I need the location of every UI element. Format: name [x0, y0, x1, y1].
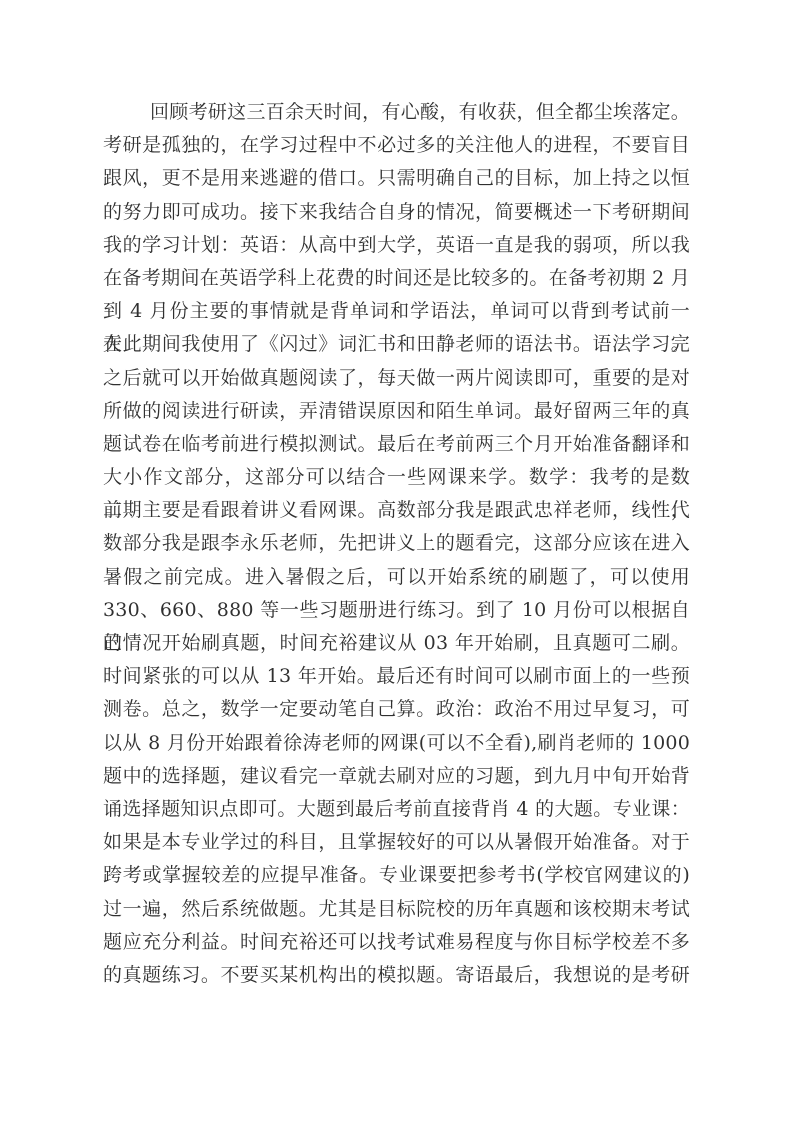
text-line: 时间紧张的可以从 13 年开始。最后还有时间可以刷市面上的一些预: [103, 660, 690, 693]
text-line: 以从 8 月份开始跟着徐涛老师的网课(可以不全看),刷肖老师的 1000: [103, 727, 690, 760]
text-line: 考研是孤独的，在学习过程中不必过多的关注他人的进程，不要盲目: [103, 129, 690, 162]
text-line: 诵选择题知识点即可。大题到最后考前直接背肖 4 的大题。专业课：: [103, 793, 690, 826]
text-line: 在备考期间在英语学科上花费的时间还是比较多的。在备考初期 2 月: [103, 262, 690, 295]
document-page: 回顾考研这三百余天时间，有心酸，有收获，但全都尘埃落定。考研是孤独的，在学习过程…: [0, 0, 793, 1122]
paragraph-text-block: 回顾考研这三百余天时间，有心酸，有收获，但全都尘埃落定。考研是孤独的，在学习过程…: [103, 96, 690, 992]
text-line: 前期主要是看跟着讲义看网课。高数部分我是跟武忠祥老师，线性代: [103, 494, 690, 527]
text-line: 题中的选择题，建议看完一章就去刷对应的习题，到九月中旬开始背: [103, 760, 690, 793]
text-line: 的真题练习。不要买某机构出的模拟题。寄语最后，我想说的是考研: [103, 959, 690, 992]
text-line: 题试卷在临考前进行模拟测试。最后在考前两三个月开始准备翻译和: [103, 428, 690, 461]
text-line: 到 4 月份主要的事情就是背单词和学语法，单词可以背到考试前一天。: [103, 295, 690, 328]
text-line: 我的学习计划：英语：从高中到大学，英语一直是我的弱项，所以我: [103, 229, 690, 262]
text-line: 之后就可以开始做真题阅读了，每天做一两片阅读即可，重要的是对: [103, 362, 690, 395]
text-line: 如果是本专业学过的科目，且掌握较好的可以从暑假开始准备。对于: [103, 826, 690, 859]
text-line: 回顾考研这三百余天时间，有心酸，有收获，但全都尘埃落定。: [103, 96, 690, 129]
text-line: 所做的阅读进行研读，弄清错误原因和陌生单词。最好留两三年的真: [103, 395, 690, 428]
text-line: 数部分我是跟李永乐老师，先把讲义上的题看完，这部分应该在进入: [103, 527, 690, 560]
text-line: 的情况开始刷真题，时间充裕建议从 03 年开始刷，且真题可二刷。: [103, 627, 690, 660]
text-line: 题应充分利益。时间充裕还可以找考试难易程度与你目标学校差不多: [103, 926, 690, 959]
text-line: 的努力即可成功。接下来我结合自身的情况，简要概述一下考研期间: [103, 196, 690, 229]
text-line: 过一遍，然后系统做题。尤其是目标院校的历年真题和该校期末考试: [103, 893, 690, 926]
text-line: 跨考或掌握较差的应提早准备。专业课要把参考书(学校官网建议的): [103, 859, 690, 892]
text-line: 大小作文部分，这部分可以结合一些网课来学。数学：我考的是数二，: [103, 461, 690, 494]
text-line: 暑假之前完成。进入暑假之后，可以开始系统的刷题了，可以使用: [103, 561, 690, 594]
text-line: 跟风，更不是用来逃避的借口。只需明确自己的目标，加上持之以恒: [103, 162, 690, 195]
text-line: 330、660、880 等一些习题册进行练习。到了 10 月份可以根据自己: [103, 594, 690, 627]
text-line: 测卷。总之，数学一定要动笔自己算。政治：政治不用过早复习，可: [103, 693, 690, 726]
text-line: 在此期间我使用了《闪过》词汇书和田静老师的语法书。语法学习完: [103, 328, 690, 361]
